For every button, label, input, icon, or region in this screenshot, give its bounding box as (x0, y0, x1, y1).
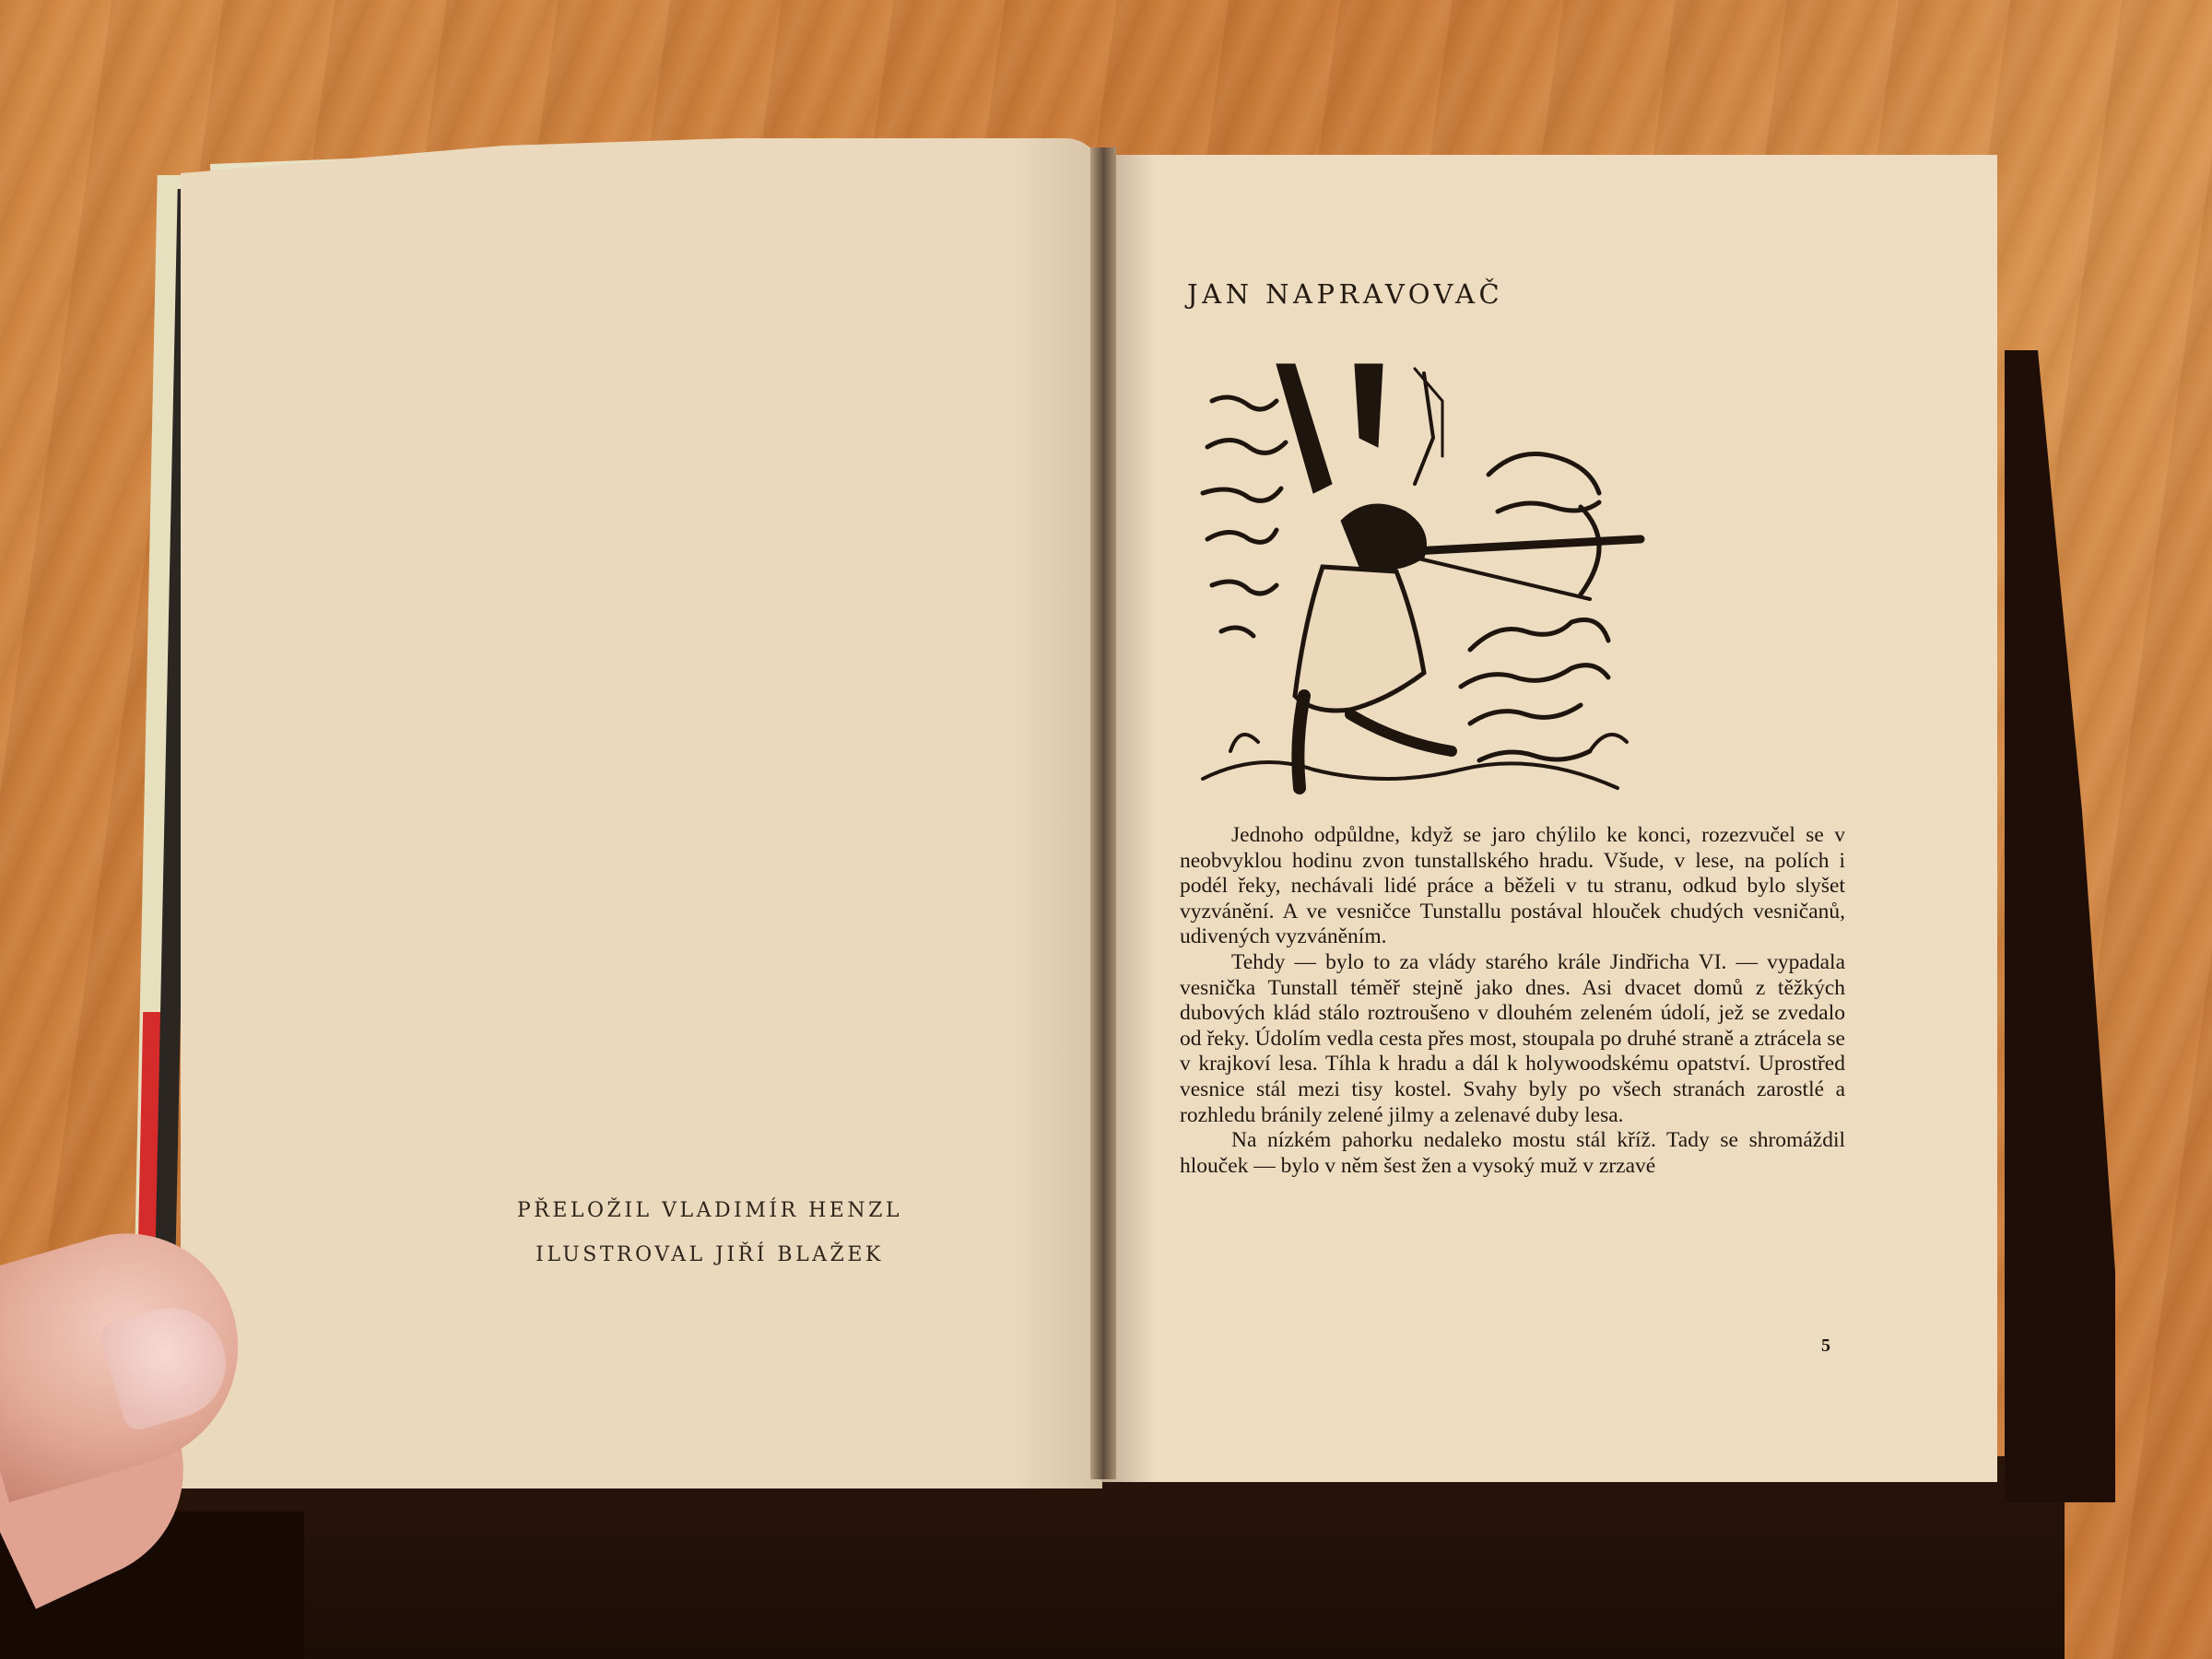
woodcut-illustration (1194, 346, 1654, 806)
table-shadow-right (2005, 350, 2115, 1502)
paragraph-2: Tehdy — bylo to za vlády starého krále J… (1180, 950, 1845, 1128)
illustrator-credit: ILUSTROVAL JIŘÍ BLAŽEK (498, 1233, 922, 1277)
credits-block: PŘELOŽIL VLADIMÍR HENZL ILUSTROVAL JIŘÍ … (498, 1189, 922, 1277)
book-gutter (1090, 147, 1116, 1479)
paragraph-3: Na nízkém pahorku nedaleko mostu stál kř… (1180, 1128, 1845, 1179)
chapter-body: Jednoho odpůldne, když se jaro chýlilo k… (1180, 823, 1845, 1179)
chapter-title: JAN NAPRAVOVAČ (1187, 278, 1503, 310)
page-number: 5 (1821, 1335, 1830, 1357)
paragraph-1: Jednoho odpůldne, když se jaro chýlilo k… (1180, 823, 1845, 950)
left-page (181, 138, 1102, 1488)
archer-illustration-icon (1194, 346, 1654, 806)
translator-credit: PŘELOŽIL VLADIMÍR HENZL (498, 1189, 922, 1233)
